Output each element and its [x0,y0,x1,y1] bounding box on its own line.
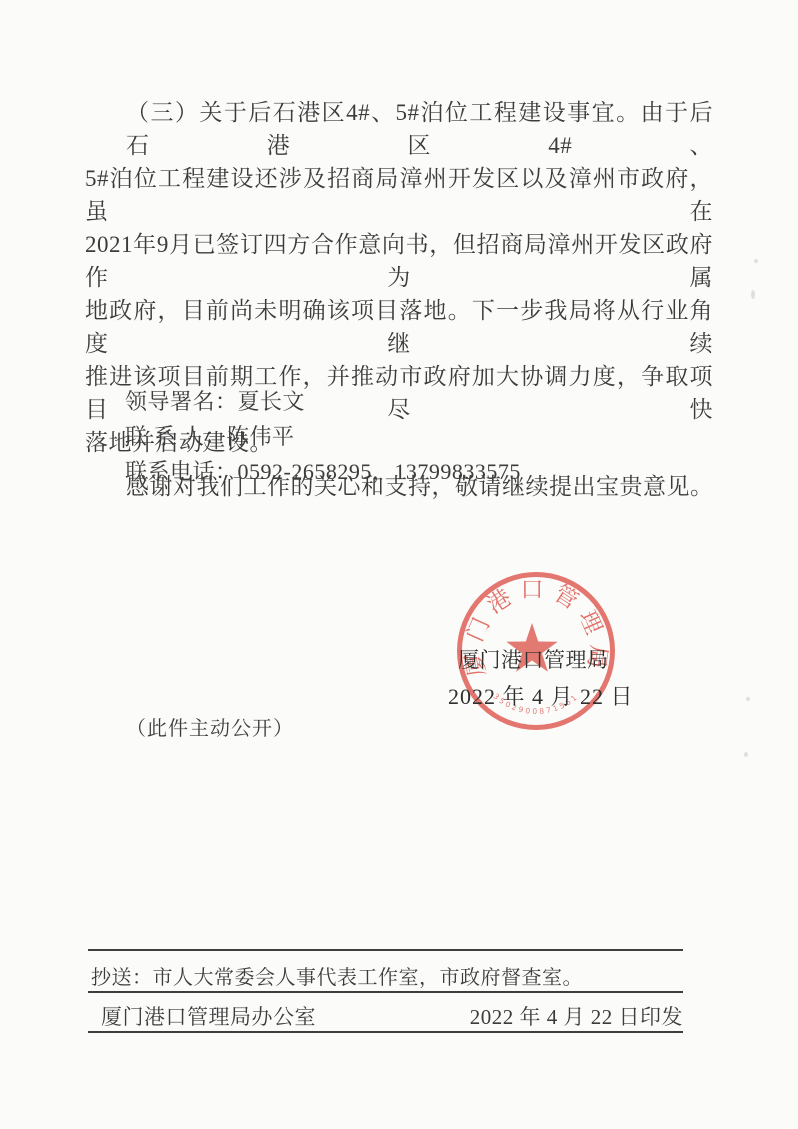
cc-line: 抄送：市人大常委会人事代表工作室，市政府督查室。 [88,961,683,990]
body-line: 地政府，目前尚未明确该项目落地。下一步我局将从行业角度继续 [85,294,713,360]
scan-speck [751,290,755,299]
footer-divider-bottom [88,1031,683,1033]
contact-person: 联 系 人：陈伟平 [125,419,521,454]
body-line: 5#泊位工程建设还涉及招商局漳州开发区以及漳州市政府，虽在 [85,162,713,228]
disclosure-note: （此件主动公开） [126,712,294,741]
body-line: （三）关于后石港区4#、5#泊位工程建设事宜。由于后石港区4#、 [85,96,713,162]
scan-speck [744,752,748,757]
scan-speck [754,259,758,263]
signature-block: 领导署名：夏长文 联 系 人：陈伟平 联系电话：0592-2658295，137… [125,384,521,489]
contact-phone: 联系电话：0592-2658295，13799833575 [125,454,521,489]
body-line: 2021年9月已签订四方合作意向书，但招商局漳州开发区政府作为属 [85,228,713,294]
issuer-row: 厦门港口管理局办公室 2022 年 4 月 22 日印发 [88,1001,683,1031]
footer-divider-top [88,949,683,951]
footer-divider-middle [88,991,683,993]
closing-agency-name: 厦门港口管理局 [458,644,609,674]
scan-speck [746,697,750,701]
leader-signature: 领导署名：夏长文 [125,384,521,419]
print-date: 2022 年 4 月 22 日印发 [470,1001,683,1031]
closing-date: 2022 年 4 月 22 日 [448,680,634,711]
issuing-office: 厦门港口管理局办公室 [101,1001,316,1031]
